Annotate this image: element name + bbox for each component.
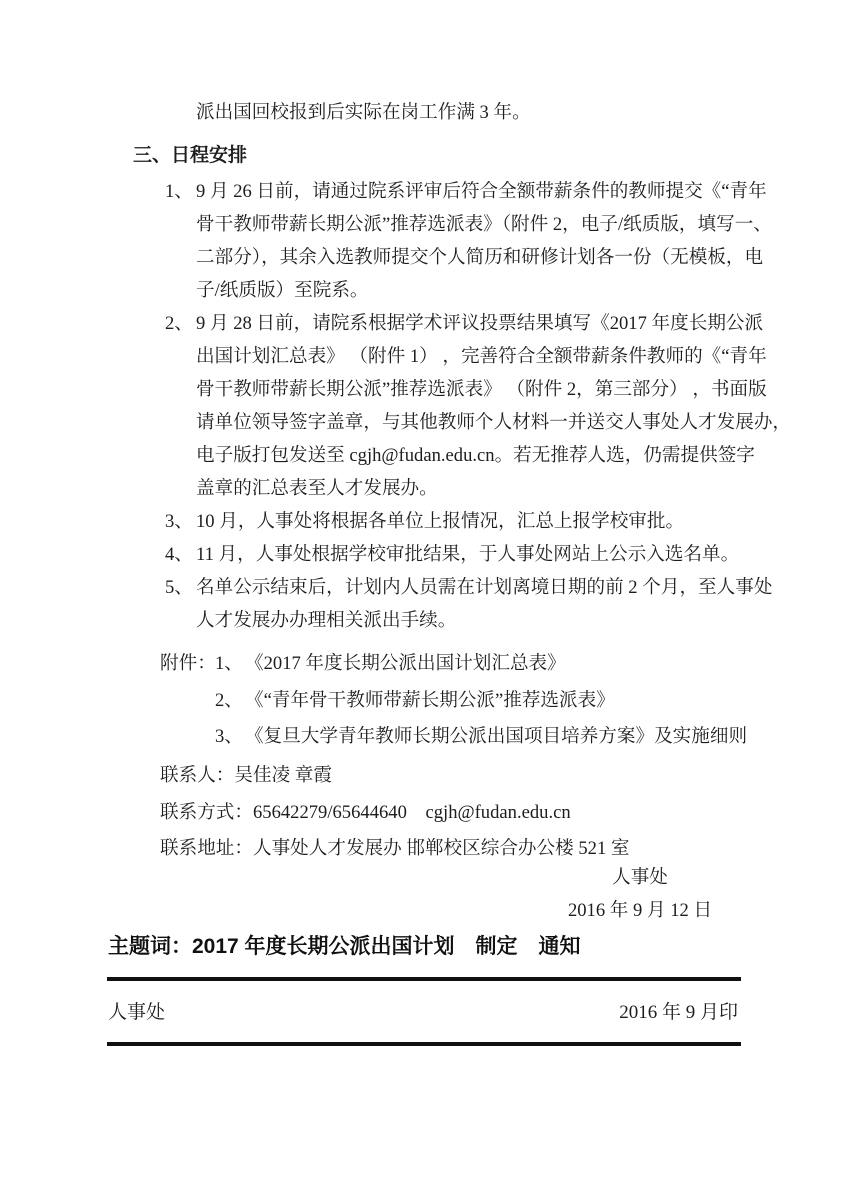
signature-block: 人事处 2016 年 9 月 12 日 (530, 861, 750, 927)
signature-org: 人事处 (530, 861, 750, 894)
attachment-title: 《“青年骨干教师带薪长期公派”推荐选派表》 (245, 690, 615, 711)
item-marker: 4、 (165, 538, 196, 571)
attachments-block: 附件：1、《2017 年度长期公派出国计划汇总表》 2、《“青年骨干教师带薪长期… (160, 646, 747, 756)
attachment-item: 附件：1、《2017 年度长期公派出国计划汇总表》 (160, 646, 747, 683)
item-text-line: 二部分），其余入选教师提交个人简历和研修计划各一份（无模板，电 (165, 241, 791, 274)
imprint-issuer: 人事处 (108, 999, 165, 1027)
attachment-marker: 1、 (215, 646, 245, 683)
horizontal-rule-top (107, 977, 741, 981)
item-text-line: 11 月，人事处根据学校审批结果，于人事处网站上公示入选名单。 (196, 544, 739, 565)
item-marker: 5、 (165, 571, 196, 604)
contact-phone-line: 联系方式：65642279/65644640 cgjh@fudan.edu.cn (160, 795, 630, 832)
attachment-item: 3、《复旦大学青年教师长期公派出国项目培养方案》及实施细则 (160, 719, 747, 756)
item-text-line: 盖章的汇总表至人才发展办。 (165, 472, 791, 505)
attachment-title: 《2017 年度长期公派出国计划汇总表》 (245, 653, 566, 674)
list-item: 5、名单公示结束后，计划内人员需在计划离境日期的前 2 个月，至人事处 (165, 571, 791, 604)
list-item: 1、9 月 26 日前，请通过院系评审后符合全额带薪条件的教师提交《“青年 (165, 175, 791, 208)
document-page: 派出国回校报到后实际在岗工作满 3 年。 三、日程安排 1、9 月 26 日前，… (0, 0, 849, 1200)
imprint-print-date: 2016 年 9 月印 (619, 999, 738, 1027)
item-text-line: 出国计划汇总表》 （附件 1） ，完善符合全额带薪条件教师的《“青年 (165, 340, 791, 373)
list-item: 3、10 月，人事处将根据各单位上报情况，汇总上报学校审批。 (165, 505, 791, 538)
list-item: 4、11 月，人事处根据学校审批结果，于人事处网站上公示入选名单。 (165, 538, 791, 571)
item-marker: 3、 (165, 505, 196, 538)
item-text-line: 10 月，人事处将根据各单位上报情况，汇总上报学校审批。 (196, 511, 684, 532)
attachment-title: 《复旦大学青年教师长期公派出国项目培养方案》及实施细则 (245, 726, 747, 747)
item-text-line: 9 月 26 日前，请通过院系评审后符合全额带薪条件的教师提交《“青年 (196, 181, 767, 202)
contacts-block: 联系人：吴佳凌 章霞 联系方式：65642279/65644640 cgjh@f… (160, 758, 630, 868)
item-text-line: 名单公示结束后，计划内人员需在计划离境日期的前 2 个月，至人事处 (196, 577, 772, 598)
list-item: 2、9 月 28 日前，请院系根据学术评议投票结果填写《2017 年度长期公派 (165, 307, 791, 340)
item-text-line: 电子版打包发送至 cgjh@fudan.edu.cn。若无推荐人选，仍需提供签字 (165, 439, 791, 472)
item-text-line: 骨干教师带薪长期公派”推荐选派表》（附件 2，电子/纸质版，填写一、 (165, 208, 791, 241)
item-text-line: 9 月 28 日前，请院系根据学术评议投票结果填写《2017 年度长期公派 (196, 313, 763, 334)
attachments-label: 附件： (160, 646, 215, 683)
item-text-line: 子/纸质版）至院系。 (165, 274, 791, 307)
schedule-list: 1、9 月 26 日前，请通过院系评审后符合全额带薪条件的教师提交《“青年 骨干… (165, 175, 791, 637)
item-marker: 2、 (165, 307, 196, 340)
section-heading: 三、日程安排 (133, 139, 247, 172)
item-marker: 1、 (165, 175, 196, 208)
attachment-marker: 3、 (215, 719, 245, 756)
horizontal-rule-bottom (107, 1042, 741, 1046)
item-text-line: 骨干教师带薪长期公派”推荐选派表》 （附件 2，第三部分） ，书面版 (165, 373, 791, 406)
contact-person-line: 联系人：吴佳凌 章霞 (160, 758, 630, 795)
attachment-item: 2、《“青年骨干教师带薪长期公派”推荐选派表》 (160, 683, 747, 720)
intro-continuation-line: 派出国回校报到后实际在岗工作满 3 年。 (196, 96, 531, 129)
item-text-line: 请单位领导签字盖章，与其他教师个人材料一并送交人事处人才发展办， (165, 406, 791, 439)
imprint-row: 人事处 2016 年 9 月印 (108, 999, 738, 1027)
attachment-marker: 2、 (215, 683, 245, 720)
subject-keywords-line: 主题词：2017 年度长期公派出国计划 制定 通知 (108, 932, 581, 962)
item-text-line: 人才发展办办理相关派出手续。 (165, 604, 791, 637)
signature-date: 2016 年 9 月 12 日 (530, 894, 750, 927)
